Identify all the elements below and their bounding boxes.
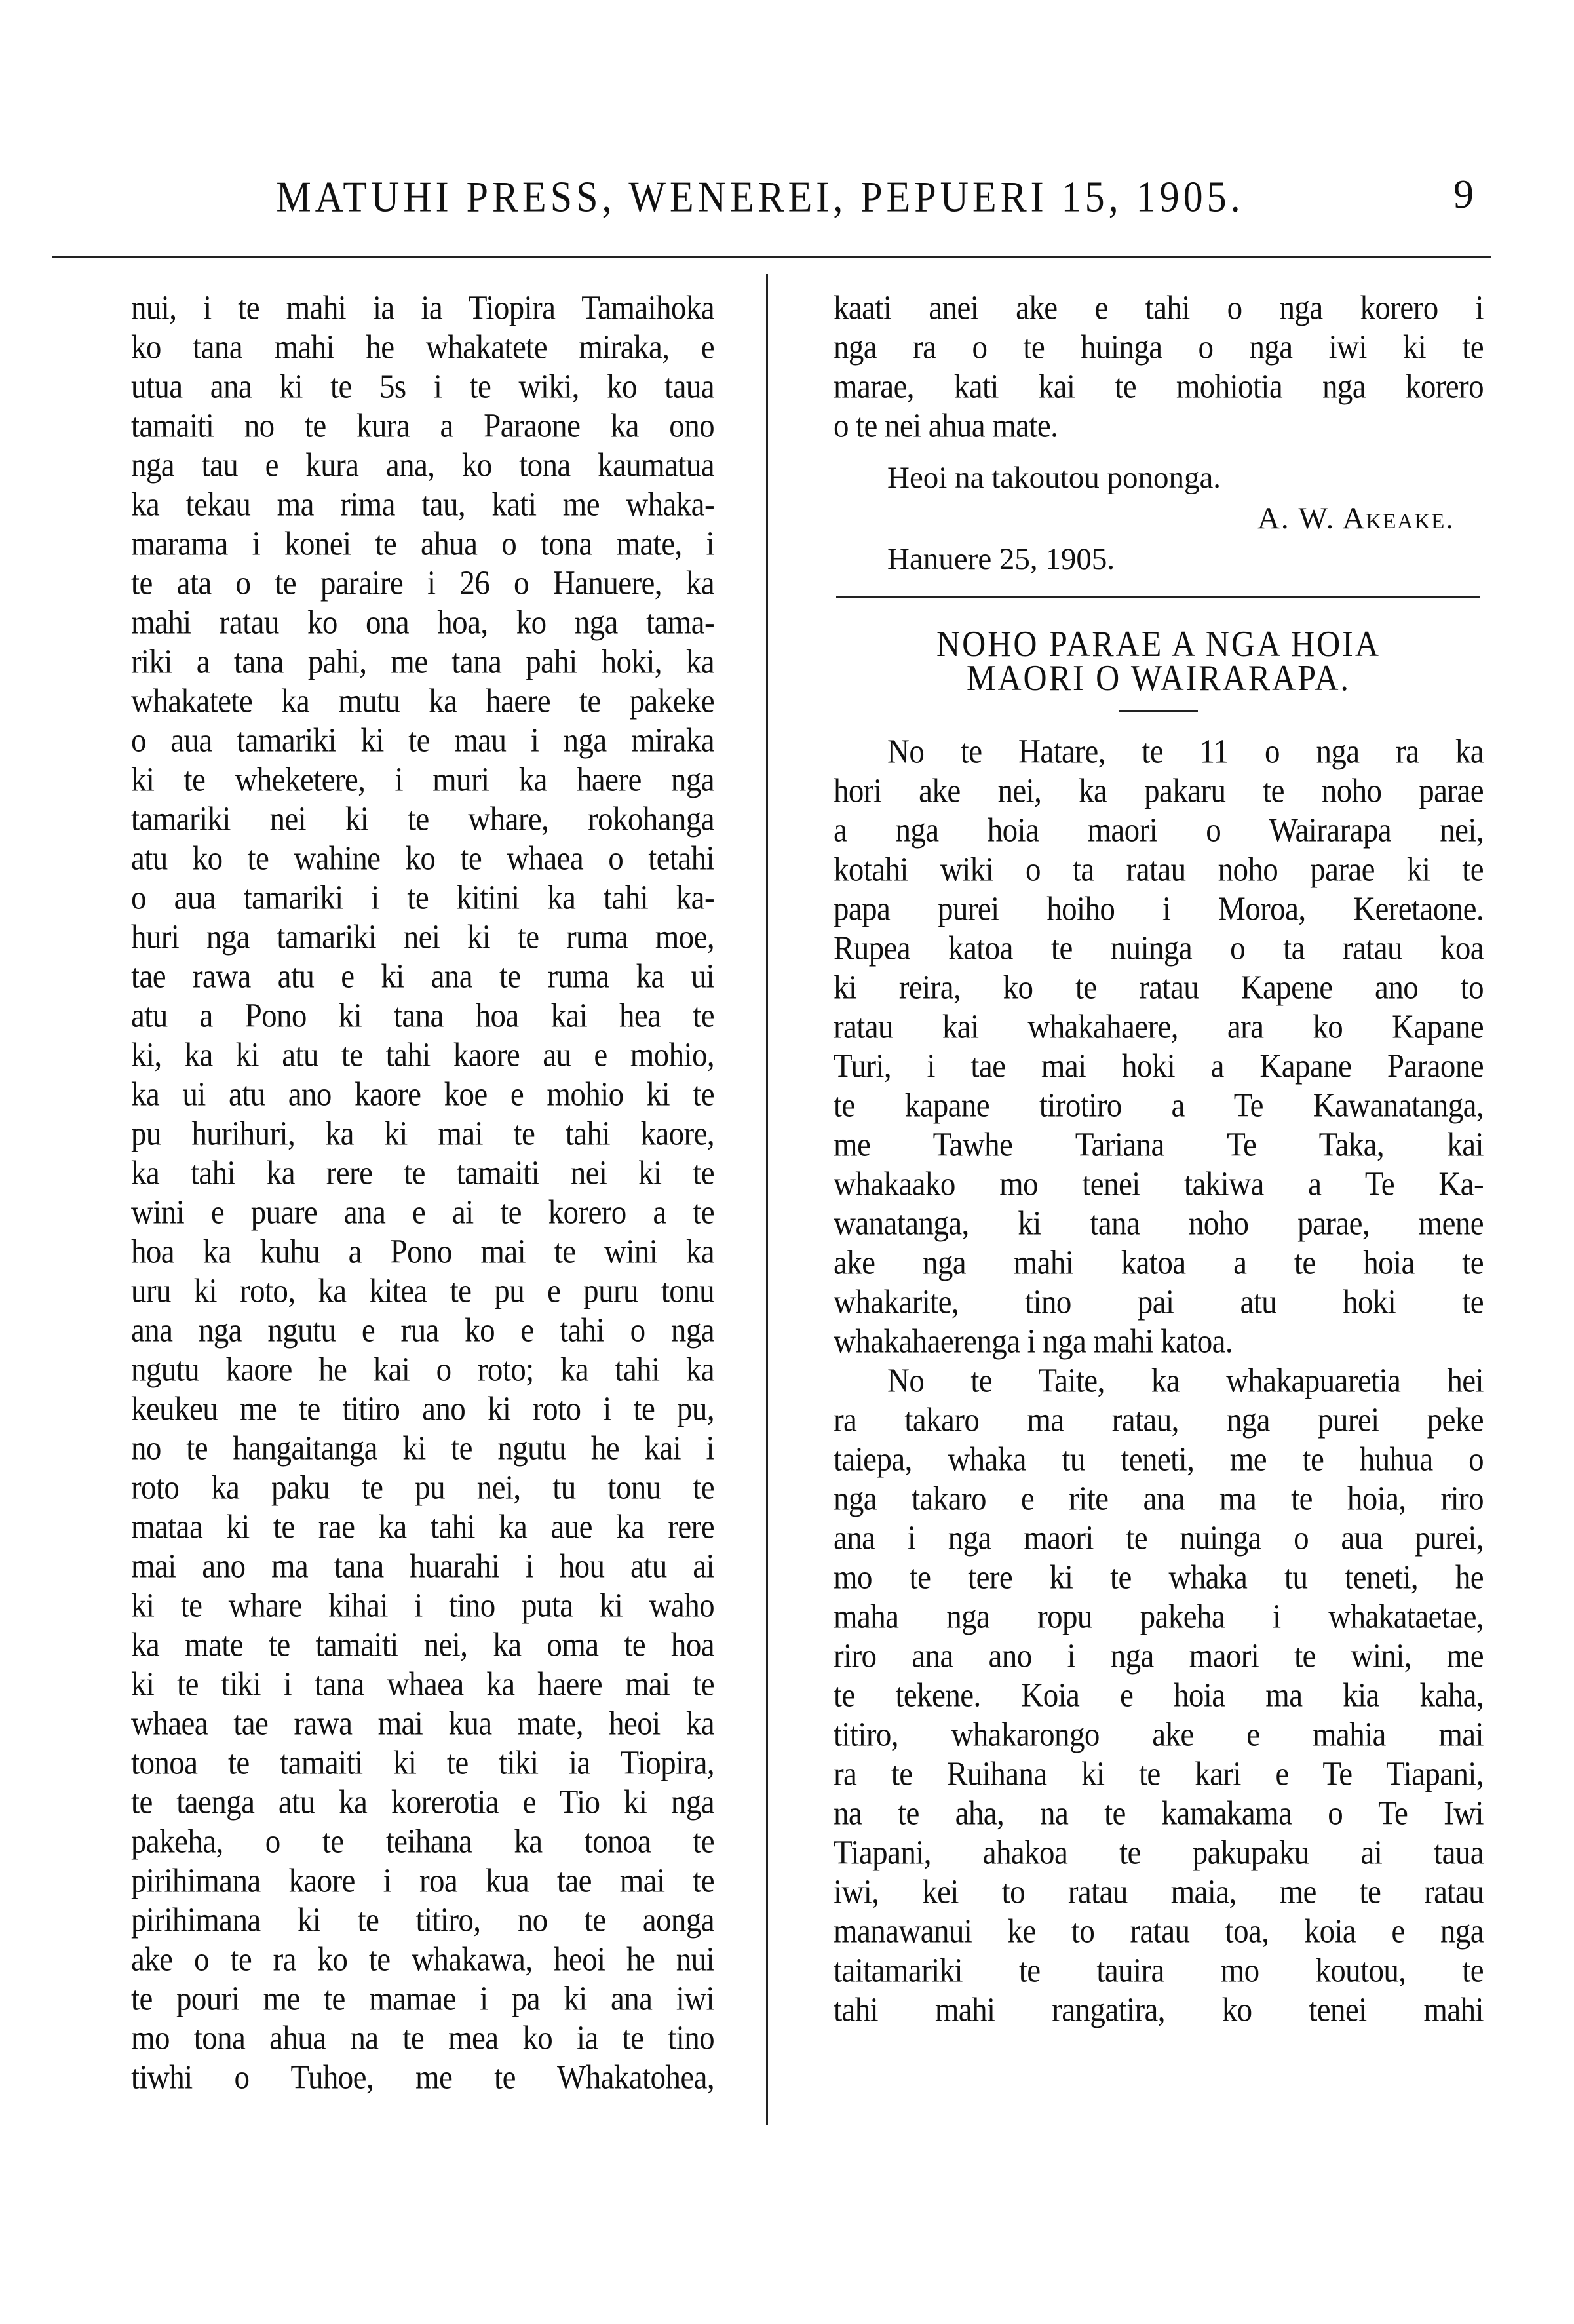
text-line: Turi, i tae mai hoki a Kapane Paraone xyxy=(834,1045,1484,1088)
text-line: no te hangaitanga ki te ngutu he kai i xyxy=(131,1427,714,1470)
letter-closing: Heoi na takoutou pononga. xyxy=(834,457,1484,498)
text-line: ki te tiki i tana whaea ka haere mai te xyxy=(131,1663,714,1706)
text-line: tahi mahi rangatira, ko tenei mahi xyxy=(834,1988,1484,2032)
text-line: marae, kati kai te mohiotia nga korero xyxy=(834,365,1484,408)
article-body: No te Hatare, te 11 o nga ra kahori ake … xyxy=(834,732,1484,2030)
text-line: ki te wheketere, i muri ka haere nga xyxy=(131,758,714,802)
text-line: hoa ka kuhu a Pono mai te wini ka xyxy=(131,1230,714,1273)
letter-signature: A. W. Akeake. xyxy=(834,498,1484,539)
text-line: ngutu kaore he kai o roto; ka tahi ka xyxy=(131,1348,714,1391)
text-line: huri nga tamariki nei ki te ruma moe, xyxy=(131,916,714,959)
text-line: mai ano ma tana huarahi i hou atu ai xyxy=(131,1545,714,1588)
text-line: marama i konei te ahua o tona mate, i xyxy=(131,522,714,566)
letter-dateline: Hanuere 25, 1905. xyxy=(834,539,1484,579)
text-line: nga tau e kura ana, ko tona kaumatua xyxy=(131,444,714,487)
column-divider xyxy=(766,274,768,2125)
text-line: nga takaro e rite ana ma te hoia, riro xyxy=(834,1477,1484,1520)
text-line: a nga hoia maori o Wairarapa nei, xyxy=(834,809,1484,852)
text-line: te tekene. Koia e hoia ma kia kaha, xyxy=(834,1674,1484,1717)
text-line: mo tona ahua na te mea ko ia te tino xyxy=(131,2017,714,2060)
text-line: ki, ka ki atu te tahi kaore au e mohio, xyxy=(131,1034,714,1077)
text-line: na te aha, na te kamakama o Te Iwi xyxy=(834,1792,1484,1835)
text-line: ake nga mahi katoa a te hoia te xyxy=(834,1241,1484,1285)
text-line: kaati anei ake e tahi o nga korero i xyxy=(834,286,1484,330)
text-line: Rupea katoa te nuinga o ta ratau koa xyxy=(834,927,1484,970)
text-line: hori ake nei, ka pakaru te noho parae xyxy=(834,769,1484,813)
text-line: atu ko te wahine ko te whaea o tetahi xyxy=(131,837,714,880)
header-rule xyxy=(52,256,1491,258)
text-line: papa purei hoiho i Moroa, Keretaone. xyxy=(834,887,1484,931)
text-line: whakahaerenga i nga mahi katoa. xyxy=(834,1320,1484,1363)
text-line: ki reira, ko te ratau Kapene ano to xyxy=(834,966,1484,1009)
text-line: iwi, kei to ratau maia, me te ratau xyxy=(834,1870,1484,1914)
text-line: mataa ki te rae ka tahi ka aue ka rere xyxy=(131,1505,714,1549)
text-line: ana i nga maori te nuinga o aua purei, xyxy=(834,1517,1484,1560)
text-line: ka mate te tamaiti nei, ka oma te hoa xyxy=(131,1623,714,1667)
text-line: No te Taite, ka whakapuaretia hei xyxy=(834,1359,1484,1403)
text-line: me Tawhe Tariana Te Taka, kai xyxy=(834,1123,1484,1167)
text-line: nui, i te mahi ia ia Tiopira Tamaihoka xyxy=(131,286,714,330)
page-number: 9 xyxy=(1453,172,1474,218)
text-line: ka tekau ma rima tau, kati me whaka- xyxy=(131,483,714,526)
text-line: whakatete ka mutu ka haere te pakeke xyxy=(131,680,714,723)
letter-ending: kaati anei ake e tahi o nga korero inga … xyxy=(834,288,1484,446)
text-line: ka ui atu ano kaore koe e mohio ki te xyxy=(131,1073,714,1116)
text-line: te ata o te paraire i 26 o Hanuere, ka xyxy=(131,562,714,605)
text-line: tamaiti no te kura a Paraone ka ono xyxy=(131,404,714,448)
text-line: o aua tamariki ki te mau i nga miraka xyxy=(131,719,714,762)
text-line: roto ka paku te pu nei, tu tonu te xyxy=(131,1466,714,1509)
text-line: pu hurihuri, ka ki mai te tahi kaore, xyxy=(131,1112,714,1155)
text-line: tae rawa atu e ki ana te ruma ka ui xyxy=(131,955,714,998)
text-line: wini e puare ana e ai te korero a te xyxy=(131,1191,714,1234)
text-line: whaea tae rawa mai kua mate, heoi ka xyxy=(131,1702,714,1745)
text-line: atu a Pono ki tana hoa kai hea te xyxy=(131,994,714,1037)
text-line: Tiapani, ahakoa te pakupaku ai taua xyxy=(834,1831,1484,1874)
text-line: keukeu me te titiro ano ki roto i te pu, xyxy=(131,1387,714,1431)
text-line: utua ana ki te 5s i te wiki, ko taua xyxy=(131,365,714,408)
text-line: nga ra o te huinga o nga iwi ki te xyxy=(834,326,1484,369)
text-line: whakaako mo tenei takiwa a Te Ka- xyxy=(834,1163,1484,1206)
text-line: kotahi wiki o ta ratau noho parae ki te xyxy=(834,848,1484,891)
text-line: maha nga ropu pakeha i whakataetae, xyxy=(834,1595,1484,1638)
text-line: tonoa te tamaiti ki te tiki ia Tiopira, xyxy=(131,1741,714,1785)
text-line: pakeha, o te teihana ka tonoa te xyxy=(131,1820,714,1863)
page-header: MATUHI PRESS, WENEREI, PEPUERI 15, 1905.… xyxy=(0,172,1574,231)
text-line: riki a tana pahi, me tana pahi hoki, ka xyxy=(131,640,714,684)
text-line: ana nga ngutu e rua ko e tahi o nga xyxy=(131,1309,714,1352)
text-line: o aua tamariki i te kitini ka tahi ka- xyxy=(131,876,714,920)
text-line: tiwhi o Tuhoe, me te Whakatohea, xyxy=(131,2056,714,2099)
text-line: ake o te ra ko te whakawa, heoi he nui xyxy=(131,1938,714,1981)
text-line: mo te tere ki te whaka tu teneti, he xyxy=(834,1556,1484,1599)
left-column: nui, i te mahi ia ia Tiopira Tamaihokako… xyxy=(131,288,714,2097)
text-line: mahi ratau ko ona hoa, ko nga tama- xyxy=(131,601,714,644)
text-line: No te Hatare, te 11 o nga ra ka xyxy=(834,730,1484,773)
text-line: pirihimana ki te titiro, no te aonga xyxy=(131,1899,714,1942)
text-line: uru ki roto, ka kitea te pu e puru tonu xyxy=(131,1269,714,1313)
text-line: whakarite, tino pai atu hoki te xyxy=(834,1281,1484,1324)
text-line: taitamariki te tauira mo koutou, te xyxy=(834,1949,1484,1992)
text-line: taiepa, whaka tu teneti, me te huhua o xyxy=(834,1438,1484,1481)
text-line: te kapane tirotiro a Te Kawanatanga, xyxy=(834,1084,1484,1127)
text-line: tamariki nei ki te whare, rokohanga xyxy=(131,798,714,841)
text-line: te taenga atu ka korerotia e Tio ki nga xyxy=(131,1781,714,1824)
text-line: manawanui ke to ratau toa, koia e nga xyxy=(834,1910,1484,1953)
text-line: titiro, whakarongo ake e mahia mai xyxy=(834,1713,1484,1756)
text-line: wanatanga, ki tana noho parae, mene xyxy=(834,1202,1484,1245)
text-line: pirihimana kaore i roa kua tae mai te xyxy=(131,1859,714,1903)
text-line: ra te Ruihana ki te kari e Te Tiapani, xyxy=(834,1753,1484,1796)
section-rule xyxy=(836,596,1480,598)
article-headline-line-2: MAORI O WAIRARAPA. xyxy=(834,659,1484,697)
text-line: ra takaro ma ratau, nga purei peke xyxy=(834,1399,1484,1442)
text-line: ka tahi ka rere te tamaiti nei ki te xyxy=(131,1152,714,1195)
headline-rule xyxy=(1119,710,1198,712)
text-line: riro ana ano i nga maori te wini, me xyxy=(834,1635,1484,1678)
text-line: o te nei ahua mate. xyxy=(834,404,1484,448)
text-line: ko tana mahi he whakatete miraka, e xyxy=(131,326,714,369)
right-column: kaati anei ake e tahi o nga korero inga … xyxy=(834,288,1484,2030)
text-line: ki te whare kihai i tino puta ki waho xyxy=(131,1584,714,1627)
running-head: MATUHI PRESS, WENEREI, PEPUERI 15, 1905. xyxy=(256,172,1265,222)
text-line: te pouri me te mamae i pa ki ana iwi xyxy=(131,1977,714,2021)
text-line: ratau kai whakahaere, ara ko Kapane xyxy=(834,1005,1484,1049)
